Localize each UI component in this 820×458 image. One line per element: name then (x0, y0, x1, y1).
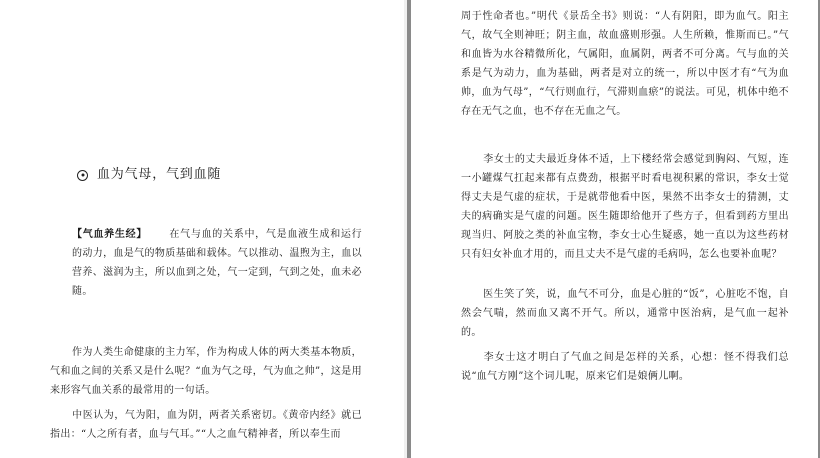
right-page: 周于性命者也。”明代《景岳全书》则说：“人有阴阳，即为血气。阳主气，故气全则神旺… (412, 0, 818, 458)
section-title-text: 血为气母，气到血随 (97, 165, 221, 185)
left-page: 血为气母，气到血随 【气血养生经】在气与血的关系中，气是血液生成和运行的动力，血… (0, 0, 406, 458)
body-paragraph: 李女士的丈夫最近身体不适，上下楼经常会感觉到胸闷、气短，连一小罐煤气扛起来都有点… (461, 150, 789, 264)
circled-dot-icon (77, 170, 88, 181)
page-gutter (407, 0, 411, 458)
body-paragraph: 作为人类生命健康的主力军，作为构成人体的两大类基本物质，气和血之间的关系又是什么… (50, 343, 362, 400)
intro-tag: 【气血养生经】 (72, 229, 147, 240)
body-paragraph: 周于性命者也。”明代《景岳全书》则说：“人有阴阳，即为血气。阳主气，故气全则神旺… (461, 7, 789, 121)
intro-paragraph: 【气血养生经】在气与血的关系中，气是血液生成和运行的动力，血是气的物质基础和载体… (72, 225, 362, 301)
body-paragraph: 医生笑了笑，说，血气不可分，血是心脏的“饭”，心脏吃不饱，自然会气喘，然而血又离… (461, 285, 789, 342)
body-paragraph: 李女士这才明白了气血之间是怎样的关系，心想：怪不得我们总说“血气方刚”这个词儿呢… (461, 348, 789, 386)
section-heading: 血为气母，气到血随 (77, 165, 221, 185)
body-paragraph: 中医认为，气为阳，血为阴，两者关系密切。《黄帝内经》就已指出：“人之所有者，血与… (50, 406, 362, 444)
